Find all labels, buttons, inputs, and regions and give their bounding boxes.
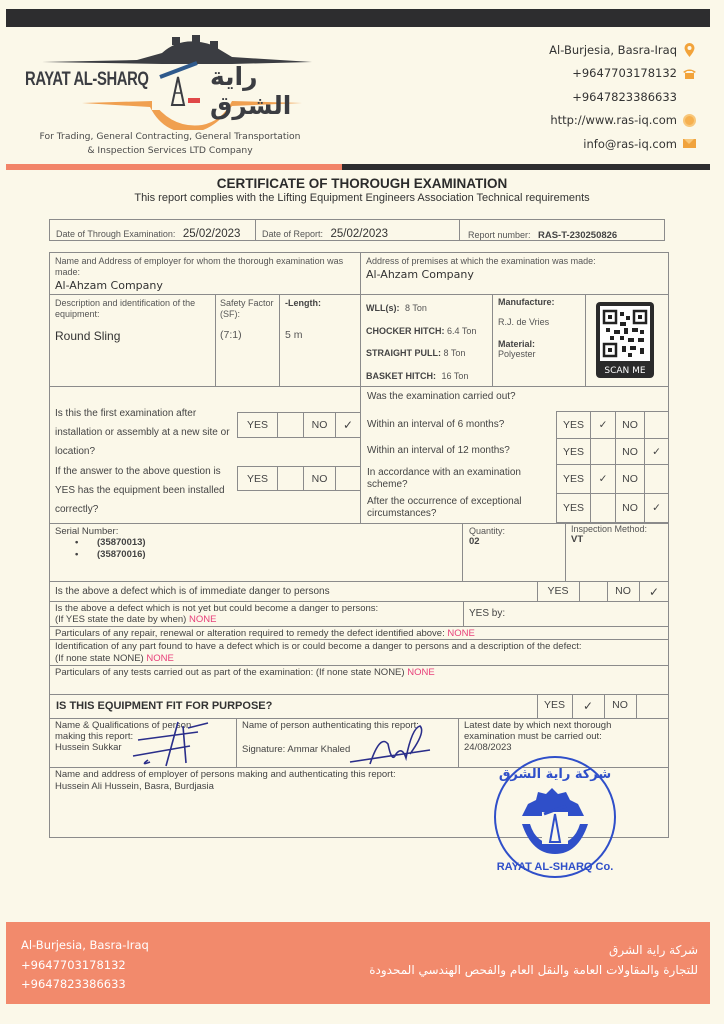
right-questions-heading: Was the examination carried out?: [367, 391, 516, 402]
next-exam-field: Latest date by which next thorough exami…: [464, 720, 611, 753]
top-dark-bar: [6, 9, 710, 27]
email-link[interactable]: info@ras-iq.com: [583, 136, 677, 152]
immediate-danger-question: Is the above a defect which is of immedi…: [55, 586, 330, 597]
employer-of-persons-label: Name and address of employer of persons …: [55, 769, 396, 781]
wll-value: 8 Ton: [405, 303, 427, 313]
premises-label: Address of premises at which the examina…: [366, 256, 666, 267]
question-first-exam: Is this the first examination after inst…: [55, 404, 235, 461]
immediate-no-box[interactable]: ✓: [639, 583, 669, 601]
safety-factor-label: Safety Factor (SF):: [220, 298, 278, 320]
right-question-yes-box[interactable]: [590, 493, 616, 523]
identification-field: Identification of any part found to have…: [55, 641, 582, 664]
right-question-yes-label: YES: [556, 411, 591, 439]
right-question-text: After the occurrence of exceptional circ…: [367, 493, 547, 522]
identification-value: NONE: [146, 653, 173, 664]
repair-value: NONE: [447, 628, 474, 639]
right-question-text: Within an interval of 12 months?: [367, 438, 547, 464]
installed-yes-box[interactable]: [277, 466, 304, 491]
length-label: -Length:: [285, 298, 321, 309]
right-question-no-box[interactable]: ✓: [644, 493, 669, 523]
yes-by-label: YES by:: [469, 608, 505, 619]
location-pin-icon: [682, 43, 696, 57]
serial-label: Serial Number:: [55, 526, 146, 537]
future-danger-question: Is the above a defect which is not yet b…: [55, 603, 378, 625]
manufacture-field: Manufacture: R.J. de Vries Material: Pol…: [498, 297, 555, 359]
phone-2-text[interactable]: +9647823386633: [572, 89, 677, 105]
straight-pull-label: STRAIGHT PULL:: [366, 348, 441, 358]
first-exam-no-box[interactable]: ✓: [335, 412, 361, 438]
employer-of-persons-field: Name and address of employer of persons …: [55, 769, 396, 793]
logo-text-arabic: راية الشرق: [210, 62, 322, 120]
serial-item: •(35870013): [75, 537, 146, 549]
scan-me-label: SCAN ME: [596, 366, 654, 376]
right-question-no-label: NO: [615, 438, 645, 465]
check-icon: ✓: [583, 699, 593, 713]
footer-phone-2[interactable]: +9647823386633: [21, 975, 149, 995]
svg-text:RAYAT AL-SHARQ Co.: RAYAT AL-SHARQ Co.: [497, 861, 614, 873]
future-danger-line-2: (If YES state the date by when): [55, 614, 186, 625]
qr-code[interactable]: SCAN ME: [596, 302, 654, 378]
employer-value: Al-Ahzam Company: [55, 279, 355, 292]
right-question-no-label: NO: [615, 411, 645, 439]
report-date-label: Date of Report:: [262, 229, 323, 239]
right-question-no-label: NO: [615, 493, 645, 523]
choker-value: 6.4 Ton: [447, 326, 476, 336]
footer-bar: Al-Burjesia, Basra-Iraq +9647703178132 +…: [6, 922, 710, 1004]
description-label: Description and identification of the eq…: [55, 298, 210, 320]
report-number-field: Report number: RAS-T-230250826: [468, 225, 617, 243]
tests-field: Particulars of any tests carried out as …: [55, 667, 435, 678]
length-value: 5 m: [285, 329, 321, 341]
installed-yes-label: YES: [237, 466, 278, 491]
tests-label: Particulars of any tests carried out as …: [55, 667, 405, 678]
material-value: Polyester: [498, 349, 555, 359]
first-exam-no-label: NO: [303, 412, 336, 438]
mail-icon: [682, 137, 696, 151]
check-icon: ✓: [649, 585, 659, 599]
address-text: Al-Burjesia, Basra-Iraq: [549, 42, 677, 58]
inspection-method-field: Inspection Method: VT: [571, 524, 647, 545]
contact-website[interactable]: http://www.ras-iq.com: [549, 109, 696, 133]
contact-email[interactable]: info@ras-iq.com: [549, 132, 696, 156]
premises-field: Address of premises at which the examina…: [366, 256, 666, 281]
method-value: VT: [571, 534, 647, 545]
quantity-field: Quantity: 02: [469, 526, 505, 547]
right-question-yes-box[interactable]: ✓: [590, 464, 616, 494]
phone-1-text[interactable]: +9647703178132: [572, 65, 677, 81]
contact-block: Al-Burjesia, Basra-Iraq +9647703178132 +…: [549, 38, 696, 156]
straight-pull-value: 8 Ton: [444, 348, 466, 358]
quantity-label: Quantity:: [469, 526, 505, 536]
footer-company-arabic: شركة راية الشرق: [369, 940, 698, 960]
footer-contact: Al-Burjesia, Basra-Iraq +9647703178132 +…: [21, 936, 149, 995]
load-ratings: WLL(s): 8 Ton CHOCKER HITCH: 6.4 Ton STR…: [366, 297, 476, 387]
logo-text-english: RAYAT AL-SHARQ: [25, 69, 149, 91]
serial-item: •(35870016): [75, 549, 146, 561]
employer-of-persons-value: Hussein Ali Hussein, Basra, Burdjasia: [55, 781, 396, 793]
authenticator-signature-icon: [340, 724, 440, 772]
date-row: Date of Through Examination: 25/02/2023 …: [49, 219, 665, 241]
identification-line-2: (If none state NONE): [55, 653, 144, 664]
right-question-yes-label: YES: [556, 438, 591, 465]
certificate-title: CERTIFICATE OF THOROUGH EXAMINATION: [0, 176, 724, 191]
question-installed-correctly: If the answer to the above question is Y…: [55, 462, 235, 519]
divider-orange: [6, 164, 342, 170]
wll-label: WLL(s):: [366, 303, 400, 313]
right-question-yes-box[interactable]: ✓: [590, 411, 616, 439]
company-stamp-icon: شركة راية الشرق RAYAT AL-SHARQ Co.: [492, 754, 618, 880]
immediate-yes-label: YES: [537, 585, 579, 597]
website-link[interactable]: http://www.ras-iq.com: [550, 112, 677, 128]
report-number-value: RAS-T-230250826: [538, 230, 617, 241]
right-question-no-box[interactable]: [644, 464, 669, 494]
employer-field: Name and Address of employer for whom th…: [55, 256, 355, 292]
qr-code-icon: [600, 306, 650, 361]
globe-icon: [682, 113, 696, 127]
next-exam-label-line-2: examination must be carried out:: [464, 731, 611, 742]
fit-no-label: NO: [604, 699, 636, 711]
exam-date-field: Date of Through Examination: 25/02/2023: [56, 224, 240, 242]
right-question-no-box[interactable]: [644, 411, 669, 439]
contact-address: Al-Burjesia, Basra-Iraq: [549, 38, 696, 62]
manufacture-value: R.J. de Vries: [498, 317, 555, 327]
footer-tagline-arabic: للتجارة والمقاولات العامة والنقل العام و…: [369, 960, 698, 980]
maker-signature-icon: [128, 718, 218, 770]
serial-field: Serial Number: •(35870013)•(35870016): [55, 526, 146, 561]
future-danger-line-1: Is the above a defect which is not yet b…: [55, 603, 378, 614]
repair-label: Particulars of any repair, renewal or al…: [55, 628, 445, 639]
right-question-yes-label: YES: [556, 464, 591, 494]
choker-label: CHOCKER HITCH:: [366, 326, 445, 336]
equipment-description: Description and identification of the eq…: [55, 298, 210, 343]
immediate-no-label: NO: [607, 585, 639, 597]
right-question-text: In accordance with an examination scheme…: [367, 464, 547, 493]
description-value: Round Sling: [55, 329, 210, 343]
right-question-no-label: NO: [615, 464, 645, 494]
report-date-value: 25/02/2023: [330, 228, 388, 240]
exam-date-label: Date of Through Examination:: [56, 229, 175, 239]
installed-no-box[interactable]: [335, 466, 361, 491]
future-danger-value: NONE: [189, 614, 216, 625]
next-exam-label-line-1: Latest date by which next thorough: [464, 720, 611, 731]
report-number-label: Report number:: [468, 230, 531, 240]
company-tagline: For Trading, General Contracting, Genera…: [25, 130, 315, 158]
company-logo: RAYAT AL-SHARQ راية الشرق: [22, 35, 322, 125]
tagline-line-2: & Inspection Services LTD Company: [25, 144, 315, 158]
next-exam-date: 24/08/2023: [464, 742, 611, 753]
identification-line-1: Identification of any part found to have…: [55, 641, 582, 653]
length-field: -Length: 5 m: [285, 298, 321, 341]
svg-text:شركة راية الشرق: شركة راية الشرق: [499, 767, 611, 782]
basket-label: BASKET HITCH:: [366, 371, 436, 381]
footer-phone-1[interactable]: +9647703178132: [21, 956, 149, 976]
check-icon: ✓: [343, 418, 353, 432]
manufacture-label: Manufacture:: [498, 297, 555, 307]
right-question-yes-label: YES: [556, 493, 591, 523]
quantity-value: 02: [469, 536, 505, 547]
safety-factor: Safety Factor (SF): (7:1): [220, 298, 278, 341]
right-question-text: Within an interval of 6 months?: [367, 411, 547, 438]
employer-label: Name and Address of employer for whom th…: [55, 256, 355, 278]
first-exam-yes-box[interactable]: [277, 412, 304, 438]
material-label: Material:: [498, 339, 555, 349]
installed-no-label: NO: [303, 466, 336, 491]
serial-list: •(35870013)•(35870016): [75, 537, 146, 561]
footer-arabic: شركة راية الشرق للتجارة والمقاولات العام…: [369, 940, 698, 980]
contact-phone-1[interactable]: +9647703178132: [549, 62, 696, 86]
telephone-icon: [682, 66, 696, 80]
fit-yes-box[interactable]: ✓: [572, 697, 604, 715]
footer-address: Al-Burjesia, Basra-Iraq: [21, 936, 149, 956]
right-question-no-box[interactable]: ✓: [644, 438, 669, 465]
divider-dark: [342, 164, 710, 170]
fit-for-purpose-question: IS THIS EQUIPMENT FIT FOR PURPOSE?: [56, 700, 272, 712]
tests-value: NONE: [407, 667, 434, 678]
contact-phone-2[interactable]: +9647823386633: [549, 85, 696, 109]
exam-date-value: 25/02/2023: [183, 228, 241, 240]
right-question-yes-box[interactable]: [590, 438, 616, 465]
fit-yes-label: YES: [537, 699, 572, 711]
report-date-field: Date of Report: 25/02/2023: [262, 224, 388, 242]
method-label: Inspection Method:: [571, 524, 647, 534]
basket-value: 16 Ton: [442, 371, 469, 381]
first-exam-yes-label: YES: [237, 412, 278, 438]
tagline-line-1: For Trading, General Contracting, Genera…: [25, 130, 315, 144]
premises-value: Al-Ahzam Company: [366, 268, 666, 281]
safety-factor-value: (7:1): [220, 329, 278, 341]
repair-field: Particulars of any repair, renewal or al…: [55, 628, 475, 639]
certificate-subtitle: This report complies with the Lifting Eq…: [0, 192, 724, 204]
